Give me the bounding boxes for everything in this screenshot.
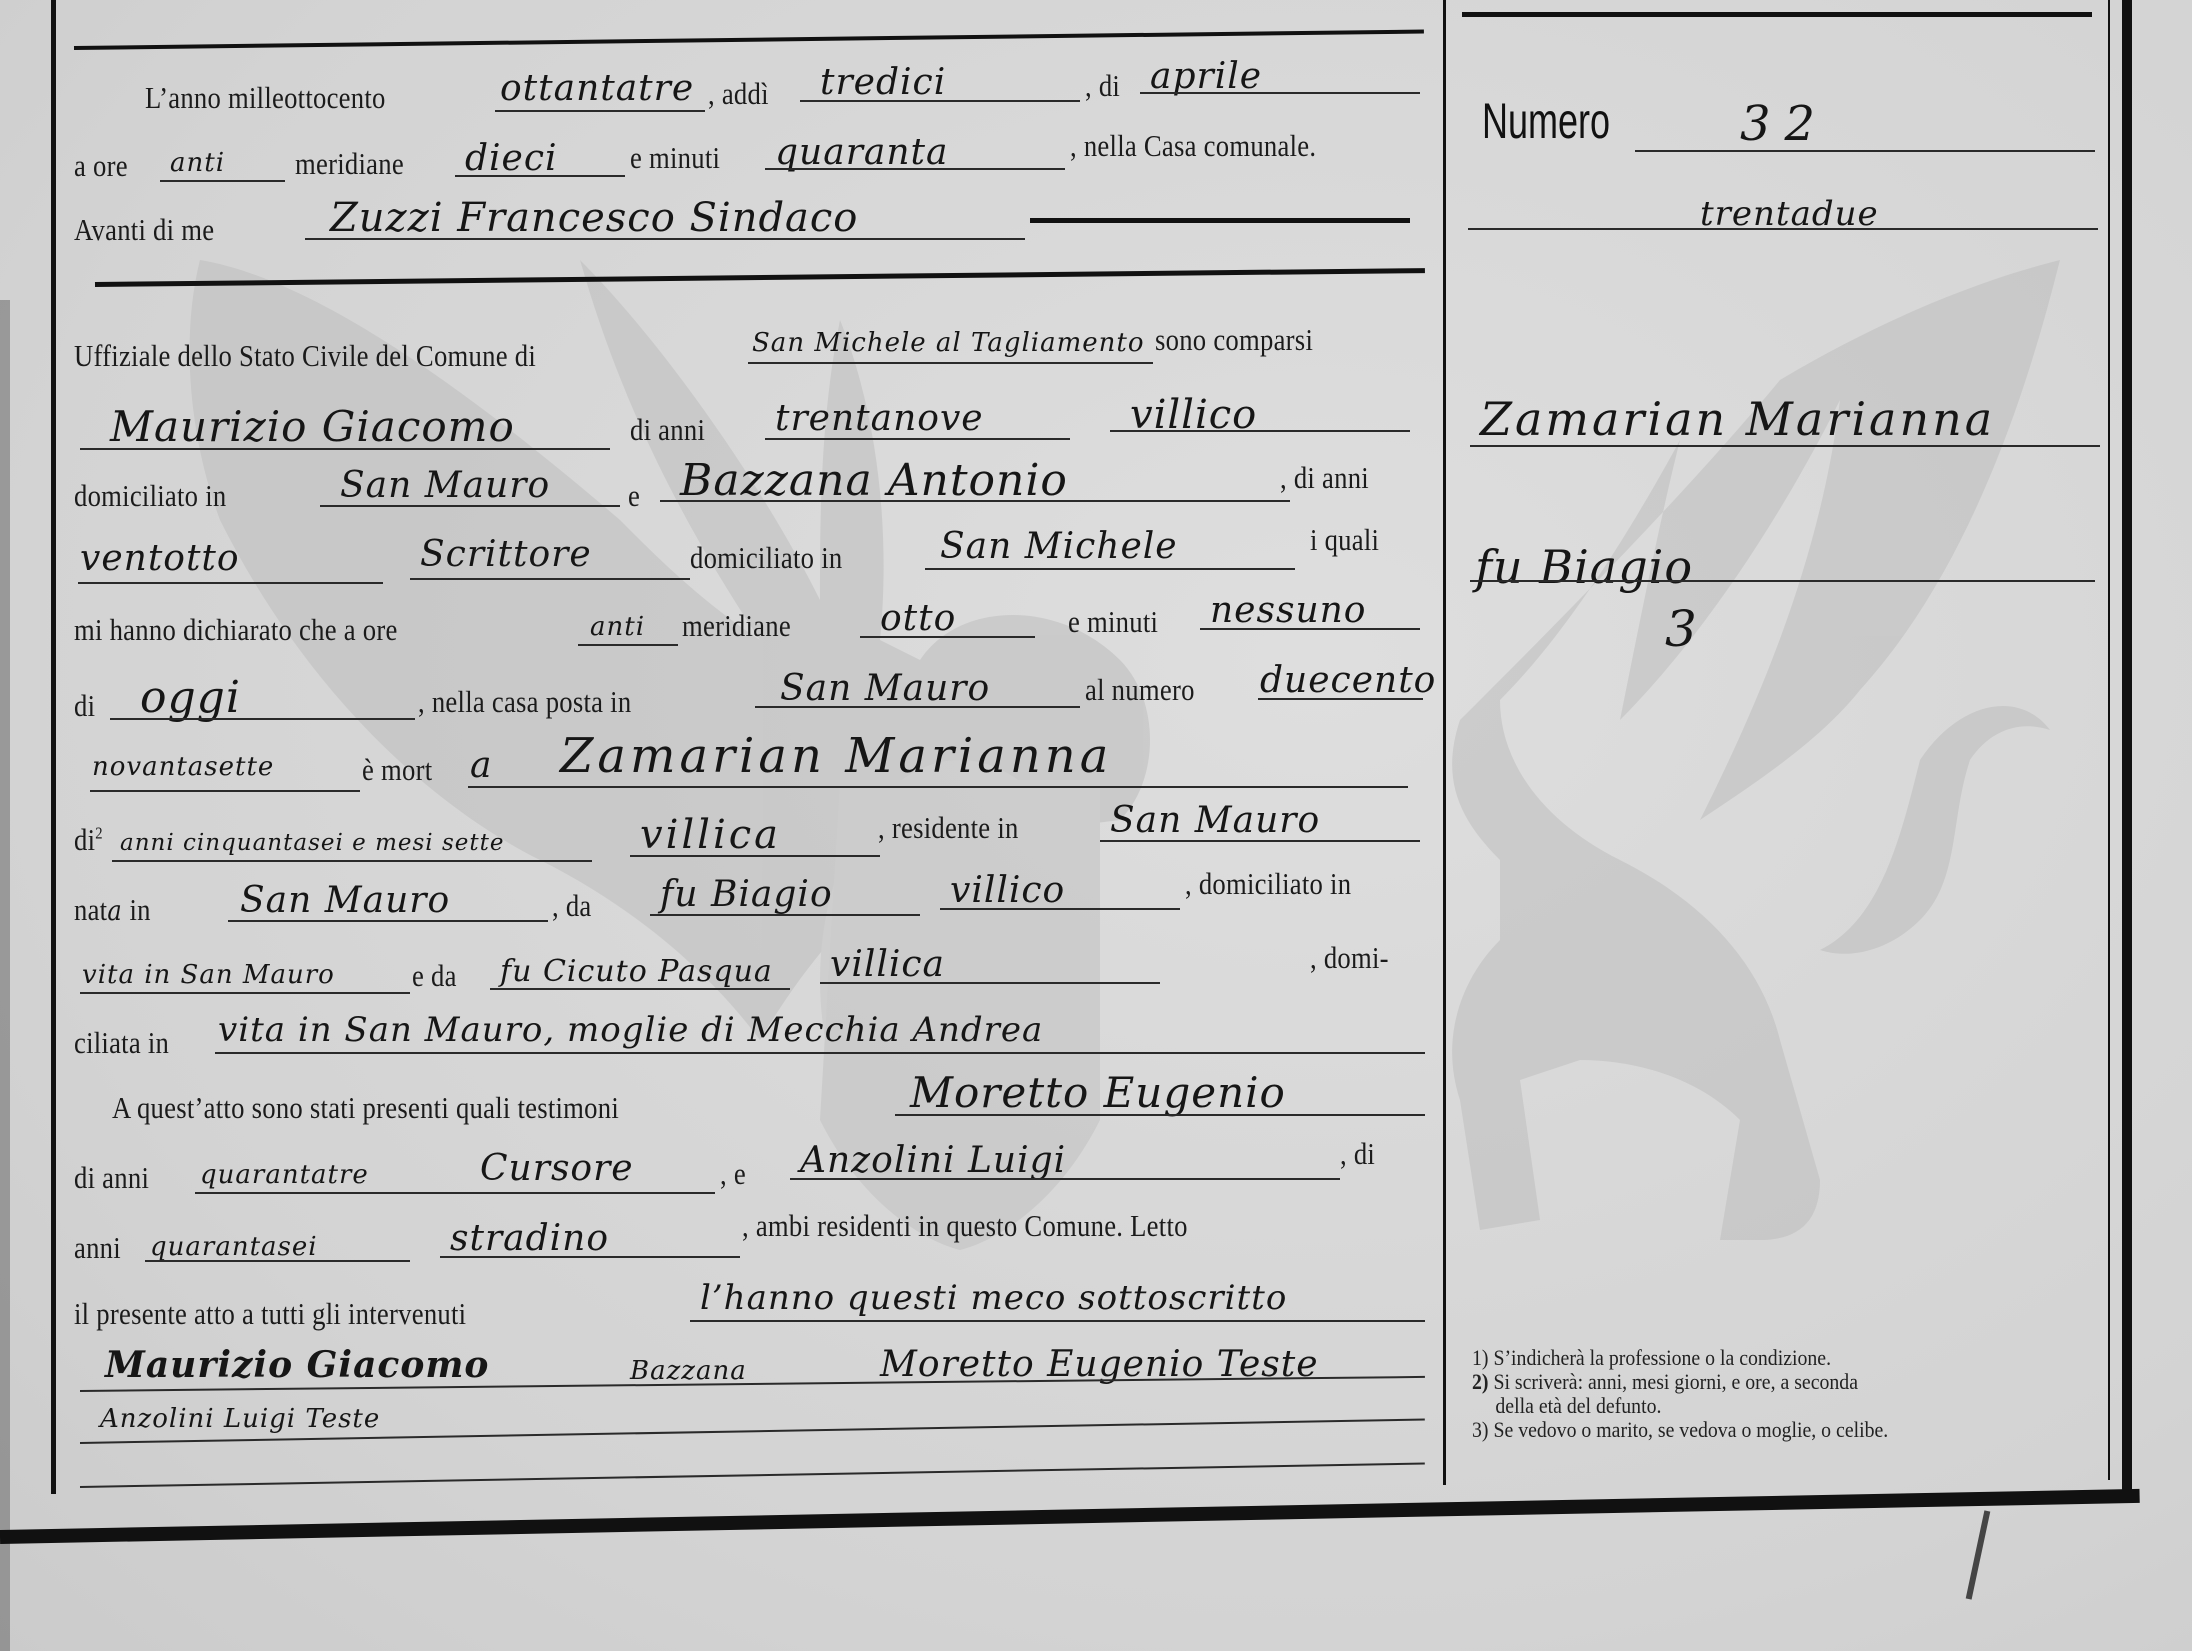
comune-field: San Michele al Tagliamento: [752, 328, 1145, 358]
comune-underline: [748, 362, 1153, 364]
day-underline: [800, 100, 1080, 102]
house-number-underline-2: [90, 790, 360, 792]
mother-domicile-underline: [215, 1052, 1425, 1054]
deceased-residence-underline: [1100, 840, 1420, 842]
witness4-age-label: anni: [74, 1230, 121, 1266]
mort-label: è mort: [362, 752, 432, 788]
meridiane-label: meridiane: [295, 146, 404, 182]
mother-domicile-field: vita in San Mauro, moglie di Mecchia And…: [218, 1010, 1043, 1050]
month-underline: [1140, 92, 1420, 94]
casa-posta-text: , nella casa posta in: [418, 684, 631, 720]
witness2-name-underline: [660, 500, 1290, 502]
minutes-label: e minuti: [630, 140, 720, 176]
record-number-label: Numero: [1482, 92, 1610, 150]
witness2-age-field: ventotto: [80, 538, 240, 579]
death-ampm-underline: [578, 644, 678, 646]
footnote-2: 2) Si scriverà: anni, mesi giorni, e ore…: [1472, 1370, 1888, 1394]
born-gender-field: a: [107, 894, 122, 927]
di-label: di: [74, 688, 95, 724]
ampm-field: anti: [170, 148, 225, 178]
year-underline: [495, 110, 705, 112]
record-number-words-underline: [1468, 228, 2098, 230]
intro-text: L’anno milleottocento: [145, 80, 386, 116]
witness4-age-field: quarantasei: [150, 1232, 318, 1262]
father-profession-field: villico: [950, 870, 1065, 911]
officer-line-end: [1030, 218, 1410, 223]
witness4-name-underline: [790, 1178, 1340, 1180]
officer-field: Zuzzi Francesco Sindaco: [330, 195, 858, 241]
da-label: , da: [552, 888, 592, 924]
domicile1-label: domiciliato in: [74, 478, 226, 514]
hour-underline: [455, 175, 625, 177]
top-rule-right: [1462, 12, 2092, 17]
deceased-name-field: Zamarian Marianna: [560, 728, 1112, 784]
signature-2: Bazzana: [630, 1356, 747, 1386]
numero-label-inline: al numero: [1085, 672, 1195, 708]
quali-text: i quali: [1310, 522, 1379, 558]
father-field: fu Biagio: [660, 874, 833, 915]
avanti-label: Avanti di me: [74, 212, 214, 248]
right-border-thick: [2122, 0, 2132, 1495]
witness1-age-underline: [765, 438, 1070, 440]
witness2-profession-field: Scrittore: [420, 534, 592, 575]
casa-comunale-text: , nella Casa comunale.: [1070, 128, 1316, 164]
day-field: tredici: [820, 62, 946, 103]
ciliata-label: ciliata in: [74, 1025, 169, 1061]
father-domicile-label: , domiciliato in: [1185, 866, 1351, 902]
footnote-2-text: Si scriverà: anni, mesi giorni, e ore, a…: [1493, 1369, 1858, 1394]
deceased-profession-field: villica: [640, 812, 781, 858]
mother-profession-underline: [820, 982, 1160, 984]
witness1-residence-underline: [320, 505, 620, 507]
death-place-field: San Mauro: [780, 668, 990, 709]
witness2-name-field: Bazzana Antonio: [680, 455, 1068, 506]
residente-text: , residente in: [878, 810, 1019, 846]
father-domicile-underline: [80, 992, 410, 994]
month-field: aprile: [1150, 56, 1262, 97]
witness3-age-underline: [195, 1192, 715, 1194]
record-number-underline: [1635, 150, 2095, 152]
footnote-2-mark: 2): [1472, 1369, 1488, 1394]
deceased-profession-underline: [630, 855, 880, 857]
minutes-field: quaranta: [775, 132, 948, 173]
and-text-2: , e: [720, 1156, 746, 1192]
death-hour-field: otto: [880, 598, 956, 639]
letto-text: il presente atto a tutti gli intervenuti: [74, 1296, 466, 1332]
death-hour-underline: [860, 636, 1035, 638]
birthplace-field: San Mauro: [240, 880, 450, 921]
month-label: , di: [1085, 68, 1120, 104]
mother-underline: [490, 988, 790, 990]
witness1-age-label: di anni: [630, 412, 705, 448]
margin-name-underline: [1470, 445, 2100, 447]
witness3-age-field: quarantatre: [200, 1160, 369, 1190]
footnote-1: 1) S’indicherà la professione o la condi…: [1472, 1346, 1888, 1370]
margin-deceased-name: Zamarian Marianna: [1480, 392, 1995, 446]
deceased-gender-field: a: [470, 745, 492, 786]
signature-4: Anzolini Luigi Teste: [100, 1404, 380, 1434]
year-field: ottantatre: [500, 68, 694, 109]
witness2-residence-field: San Michele: [940, 526, 1178, 567]
house-number-underline-1: [1258, 698, 1423, 700]
witness3-name-underline: [895, 1114, 1425, 1116]
footnote-1-mark: 1): [1472, 1345, 1488, 1370]
domicile2-label: domiciliato in: [690, 540, 842, 576]
witness4-profession-underline: [440, 1256, 740, 1258]
father-profession-underline: [940, 908, 1180, 910]
margin-father-underline: [1470, 580, 2095, 582]
age-label: di2: [74, 822, 103, 858]
deceased-underline: [468, 786, 1408, 788]
record-number: 32: [1740, 96, 1829, 152]
death-meridiane-label: meridiane: [682, 608, 791, 644]
domi-text: , domi-: [1310, 940, 1389, 976]
di-text-2: , di: [1340, 1136, 1375, 1172]
residents-text: , ambi residenti in questo Comune. Letto: [742, 1208, 1188, 1244]
witness3-age-label: di anni: [74, 1160, 149, 1196]
mother-field: fu Cicuto Pasqua: [500, 954, 773, 989]
born-label: nata in: [74, 892, 151, 928]
death-day-field: oggi: [140, 672, 241, 723]
uffiziale-text: Uffiziale dello Stato Civile del Comune …: [74, 338, 536, 374]
witness1-name-underline: [80, 448, 610, 450]
footnote-3-mark: 3): [1472, 1417, 1488, 1442]
closing-underline: [690, 1320, 1425, 1322]
house-number-field-1: duecento: [1260, 660, 1436, 701]
nat-text: nat: [74, 892, 107, 927]
death-place-underline: [755, 706, 1080, 708]
closing-field: l’hanno questi meco sottoscritto: [700, 1278, 1287, 1318]
age-label-text: di: [74, 822, 95, 857]
hour-field: dieci: [465, 138, 558, 179]
mother-da-label: e da: [412, 958, 457, 994]
deceased-age-underline: [112, 860, 592, 862]
officer-underline: [305, 238, 1025, 240]
hour-label: a ore: [74, 148, 128, 184]
witness1-residence-field: San Mauro: [340, 465, 550, 506]
footnote-2-cont: della età del defunto.: [1472, 1394, 1888, 1418]
signature-1: Maurizio Giacomo: [105, 1344, 489, 1386]
witness4-profession-field: stradino: [450, 1218, 609, 1259]
death-ampm-field: anti: [590, 612, 645, 642]
right-border-thin: [2108, 0, 2110, 1480]
birthplace-underline: [228, 920, 548, 922]
witness1-age-field: trentanove: [775, 398, 984, 439]
footnote-3: 3) Se vedovo o marito, se vedova o mogli…: [1472, 1418, 1888, 1442]
death-day-underline: [110, 718, 415, 720]
footnote-1-text: S’indicherà la professione o la condizio…: [1493, 1345, 1831, 1370]
ampm-underline: [160, 180, 285, 182]
and-text: e: [628, 478, 640, 514]
father-domicile-field: vita in San Mauro: [82, 960, 335, 990]
house-number-field-2: novantasette: [92, 752, 274, 782]
witness4-name-field: Anzolini Luigi: [800, 1140, 1066, 1181]
witnesses-text: A quest’atto sono stati presenti quali t…: [112, 1090, 619, 1126]
column-divider: [1443, 0, 1446, 1485]
deceased-age-field: anni cinquantasei e mesi sette: [120, 830, 504, 856]
comparsi-text: sono comparsi: [1155, 322, 1313, 358]
footnote-ref-2: 2: [95, 824, 103, 843]
deceased-residence-field: San Mauro: [1110, 800, 1320, 841]
left-border: [51, 0, 56, 1494]
minutes-underline: [765, 168, 1065, 170]
death-minutes-underline: [1200, 628, 1420, 630]
witness1-name-field: Maurizio Giacomo: [110, 402, 515, 451]
footnote-3-text: Se vedovo o marito, se vedova o moglie, …: [1493, 1417, 1888, 1442]
witness2-profession-underline: [410, 578, 690, 580]
witness2-residence-underline: [925, 568, 1295, 570]
margin-note-mark: 3: [1665, 600, 1698, 658]
witness3-profession-field: Cursore: [480, 1148, 634, 1189]
death-minutes-field: nessuno: [1210, 590, 1366, 631]
death-minutes-label: e minuti: [1068, 604, 1158, 640]
witness2-age-label: , di anni: [1280, 460, 1369, 496]
day-label: , addì: [708, 76, 769, 112]
father-underline: [650, 914, 920, 916]
declared-text: mi hanno dichiarato che a ore: [74, 612, 398, 648]
margin-father: fu Biagio: [1475, 540, 1693, 594]
binding-edge: [0, 300, 10, 1651]
witness3-name-field: Moretto Eugenio: [910, 1068, 1286, 1117]
witness2-age-underline: [78, 582, 383, 584]
mother-profession-field: villica: [830, 944, 945, 985]
footnotes: 1) S’indicherà la professione o la condi…: [1472, 1346, 1888, 1442]
witness1-profession-underline: [1110, 430, 1410, 432]
in-text: in: [130, 892, 151, 927]
witness4-age-underline: [145, 1260, 410, 1262]
